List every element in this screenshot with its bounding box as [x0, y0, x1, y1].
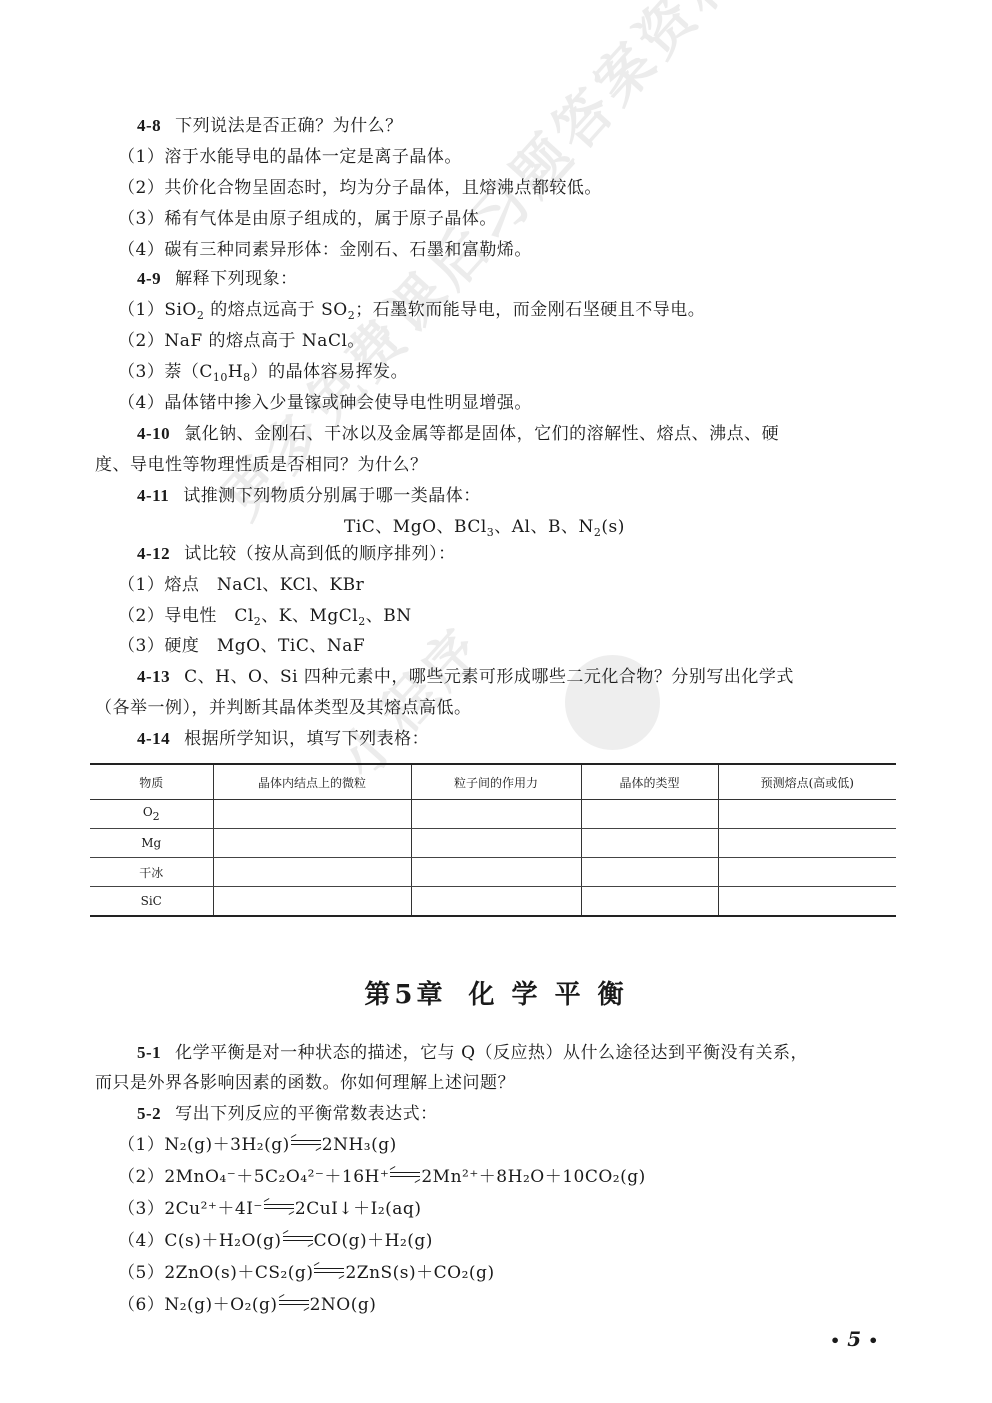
- table-row: 干冰: [90, 858, 896, 887]
- reaction-label: （4）: [118, 1231, 164, 1251]
- substance-cell: Mg: [90, 829, 213, 858]
- column-header: 晶体的类型: [581, 764, 718, 800]
- reaction-products: 2NH₃(g): [322, 1135, 397, 1155]
- question-4-8: 4-8下列说法是否正确？为什么？: [137, 115, 403, 137]
- table-header-row: 物质 晶体内结点上的微粒 粒子间的作用力 晶体的类型 预测熔点(高或低): [90, 764, 896, 800]
- equilibrium-arrow-icon: [264, 1202, 294, 1212]
- blank-cell: [581, 887, 718, 917]
- item-4-9-4: （4）晶体锗中掺入少量镓或砷会使导电性明显增强。: [118, 392, 532, 414]
- item-4-8-3: （3）稀有气体是由原子组成的，属于原子晶体。: [118, 208, 497, 230]
- blank-cell: [213, 800, 411, 829]
- reaction-label: （2）: [118, 1167, 164, 1187]
- substance-name: O: [143, 805, 153, 819]
- page-number: •5•: [823, 1327, 885, 1351]
- question-4-12: 4-12试比较（按从高到低的顺序排列）：: [137, 543, 456, 565]
- question-5-1: 5-1化学平衡是对一种状态的描述，它与 Q（反应热）从什么途径达到平衡没有关系，: [137, 1042, 808, 1064]
- text-segment: 、K、MgCl: [261, 606, 358, 626]
- reaction-label: （3）: [118, 1199, 164, 1219]
- reaction-reactants: C(s)＋H₂O(g): [164, 1231, 281, 1251]
- equilibrium-arrow-icon: [283, 1234, 313, 1244]
- text-segment: H: [228, 362, 243, 382]
- reaction-3: （3）2Cu²⁺＋4I⁻2CuI↓＋I₂(aq): [118, 1198, 421, 1220]
- formula-list: TiC、MgO、BCl3、Al、B、N2(s): [344, 516, 625, 544]
- reaction-reactants: 2MnO₄⁻＋5C₂O₄²⁻＋16H⁺: [164, 1167, 389, 1187]
- column-header: 粒子间的作用力: [411, 764, 581, 800]
- text-segment: ；石墨软而能导电，而金刚石坚硬且不导电。: [355, 300, 705, 320]
- blank-cell: [213, 887, 411, 917]
- subscript: 8: [243, 371, 251, 384]
- question-number: 4-11: [137, 486, 169, 505]
- bullet-icon: •: [830, 1331, 840, 1350]
- reaction-1: （1）N₂(g)＋3H₂(g)2NH₃(g): [118, 1134, 397, 1156]
- table-row: Mg: [90, 829, 896, 858]
- blank-cell: [581, 800, 718, 829]
- reaction-4: （4）C(s)＋H₂O(g)CO(g)＋H₂(g): [118, 1230, 433, 1252]
- chapter-number: 第5章: [364, 980, 446, 1010]
- question-number: 4-9: [137, 269, 161, 288]
- page-number-value: 5: [847, 1327, 861, 1351]
- question-4-9: 4-9解释下列现象：: [137, 268, 298, 290]
- reaction-products: 2CuI↓＋I₂(aq): [295, 1199, 422, 1219]
- blank-cell: [718, 829, 896, 858]
- item-4-8-4: （4）碳有三种同素异形体：金刚石、石墨和富勒烯。: [118, 239, 532, 261]
- question-number: 4-8: [137, 116, 161, 135]
- question-4-13-continued: （各举一例），并判断其晶体类型及其熔点高低。: [95, 697, 472, 719]
- substance-cell: O2: [90, 800, 213, 829]
- item-4-12-1: （1）熔点 NaCl、KCl、KBr: [118, 574, 364, 596]
- blank-cell: [213, 858, 411, 887]
- table-row: O2: [90, 800, 896, 829]
- question-4-10: 4-10氯化钠、金刚石、干冰以及金属等都是固体，它们的溶解性、熔点、沸点、硬: [137, 423, 779, 445]
- question-text: 氯化钠、金刚石、干冰以及金属等都是固体，它们的溶解性、熔点、沸点、硬: [184, 424, 779, 444]
- blank-cell: [718, 887, 896, 917]
- question-text: 试比较（按从高到低的顺序排列）：: [184, 544, 456, 564]
- text-segment: ）的晶体容易挥发。: [251, 362, 409, 382]
- bullet-icon: •: [868, 1331, 878, 1350]
- question-number: 5-2: [137, 1104, 161, 1123]
- text-segment: （2）导电性 Cl: [118, 606, 254, 626]
- question-4-14: 4-14根据所学知识，填写下列表格：: [137, 728, 429, 750]
- question-number: 5-1: [137, 1043, 161, 1062]
- subscript: 10: [213, 371, 228, 384]
- blank-cell: [718, 858, 896, 887]
- reaction-label: （5）: [118, 1263, 164, 1283]
- equilibrium-arrow-icon: [279, 1298, 309, 1308]
- text-segment: TiC、MgO、BCl: [344, 517, 487, 537]
- equilibrium-arrow-icon: [314, 1266, 344, 1276]
- reaction-products: 2NO(g): [310, 1295, 377, 1315]
- reaction-products: 2ZnS(s)＋CO₂(g): [345, 1263, 494, 1283]
- chapter-name: 化 学 平 衡: [468, 980, 627, 1010]
- subscript: 2: [358, 615, 366, 628]
- question-text: 写出下列反应的平衡常数表达式：: [175, 1104, 438, 1124]
- blank-cell: [411, 800, 581, 829]
- reaction-products: 2Mn²⁺＋8H₂O＋10CO₂(g): [421, 1167, 645, 1187]
- text-segment: （1）SiO: [118, 300, 197, 320]
- reaction-products: CO(g)＋H₂(g): [314, 1231, 433, 1251]
- question-number: 4-13: [137, 667, 170, 686]
- item-4-9-2: （2）NaF 的熔点高于 NaCl。: [118, 330, 365, 352]
- reaction-6: （6）N₂(g)＋O₂(g)2NO(g): [118, 1294, 376, 1316]
- question-number: 4-10: [137, 424, 170, 443]
- substance-cell: 干冰: [90, 858, 213, 887]
- item-4-8-1: （1）溶于水能导电的晶体一定是离子晶体。: [118, 146, 462, 168]
- chapter-title: 第5章化 学 平 衡: [0, 974, 992, 1011]
- question-4-13: 4-13C、H、O、Si 四种元素中，哪些元素可形成哪些二元化合物？分别写出化学…: [137, 666, 794, 688]
- item-4-9-3: （3）萘（C10H8）的晶体容易挥发。: [118, 361, 408, 389]
- reaction-label: （1）: [118, 1135, 164, 1155]
- question-text: 化学平衡是对一种状态的描述，它与 Q（反应热）从什么途径达到平衡没有关系，: [175, 1043, 808, 1063]
- reaction-reactants: N₂(g)＋O₂(g): [164, 1295, 277, 1315]
- question-text: 下列说法是否正确？为什么？: [175, 116, 403, 136]
- text-segment: （3）萘（C: [118, 362, 213, 382]
- text-segment: 、Al、B、N: [494, 517, 594, 537]
- blank-cell: [411, 829, 581, 858]
- reaction-reactants: 2Cu²⁺＋4I⁻: [164, 1199, 263, 1219]
- question-number: 4-12: [137, 544, 170, 563]
- reaction-5: （5）2ZnO(s)＋CS₂(g)2ZnS(s)＋CO₂(g): [118, 1262, 495, 1284]
- question-5-2: 5-2写出下列反应的平衡常数表达式：: [137, 1103, 438, 1125]
- question-text: 根据所学知识，填写下列表格：: [184, 729, 429, 749]
- blank-cell: [581, 858, 718, 887]
- text-segment: (s): [601, 517, 625, 537]
- table-row: SiC: [90, 887, 896, 917]
- text-segment: 的熔点远高于 SO: [204, 300, 347, 320]
- reaction-reactants: N₂(g)＋3H₂(g): [164, 1135, 289, 1155]
- item-4-12-3: （3）硬度 MgO、TiC、NaF: [118, 635, 365, 657]
- blank-cell: [411, 858, 581, 887]
- item-4-12-2: （2）导电性 Cl2、K、MgCl2、BN: [118, 605, 412, 633]
- column-header: 物质: [90, 764, 213, 800]
- text-segment: 、BN: [366, 606, 412, 626]
- question-text: 解释下列现象：: [175, 269, 298, 289]
- blank-cell: [213, 829, 411, 858]
- reaction-label: （6）: [118, 1295, 164, 1315]
- question-4-11: 4-11试推测下列物质分别属于哪一类晶体：: [137, 485, 481, 507]
- question-5-1-continued: 而只是外界各影响因素的函数。你如何理解上述问题？: [95, 1072, 515, 1094]
- question-text: 试推测下列物质分别属于哪一类晶体：: [183, 486, 481, 506]
- subscript: 2: [153, 810, 160, 823]
- reaction-reactants: 2ZnO(s)＋CS₂(g): [164, 1263, 313, 1283]
- blank-cell: [718, 800, 896, 829]
- column-header: 预测熔点(高或低): [718, 764, 896, 800]
- blank-cell: [411, 887, 581, 917]
- question-4-10-continued: 度、导电性等物理性质是否相同？为什么？: [95, 454, 428, 476]
- crystal-properties-table: 物质 晶体内结点上的微粒 粒子间的作用力 晶体的类型 预测熔点(高或低) O2 …: [90, 763, 896, 917]
- item-4-9-1: （1）SiO2 的熔点远高于 SO2；石墨软而能导电，而金刚石坚硬且不导电。: [118, 299, 705, 327]
- equilibrium-arrow-icon: [291, 1138, 321, 1148]
- document-page: 更多免费课后习题答案资料尽在 小程序 4-8下列说法是否正确？为什么？ （1）溶…: [0, 0, 992, 1403]
- question-number: 4-14: [137, 729, 170, 748]
- column-header: 晶体内结点上的微粒: [213, 764, 411, 800]
- item-4-8-2: （2）共价化合物呈固态时，均为分子晶体，且熔沸点都较低。: [118, 177, 602, 199]
- substance-cell: SiC: [90, 887, 213, 917]
- blank-cell: [581, 829, 718, 858]
- equilibrium-arrow-icon: [390, 1170, 420, 1180]
- question-text: C、H、O、Si 四种元素中，哪些元素可形成哪些二元化合物？分别写出化学式: [184, 667, 794, 687]
- reaction-2: （2）2MnO₄⁻＋5C₂O₄²⁻＋16H⁺2Mn²⁺＋8H₂O＋10CO₂(g…: [118, 1166, 646, 1188]
